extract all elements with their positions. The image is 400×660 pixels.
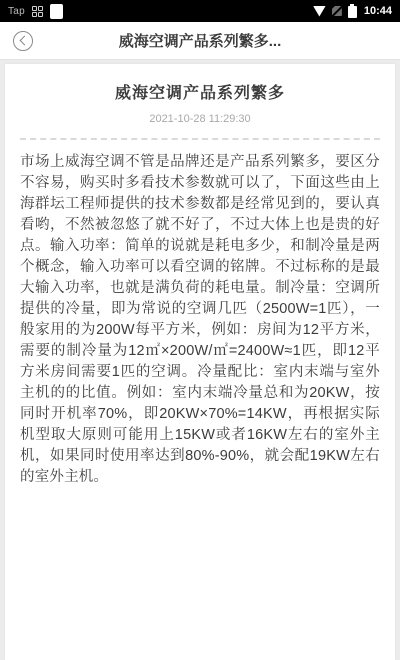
dashed-divider [20,138,380,140]
status-time: 10:44 [364,5,392,17]
no-sim-icon [331,5,343,17]
battery-icon [348,4,357,18]
article-date: 2021-10-28 11:29:30 [20,113,380,125]
grid-icon [32,6,43,17]
wifi-icon [313,6,326,17]
back-button[interactable] [4,22,42,60]
nav-title: 威海空调产品系列繁多... [50,30,350,51]
article-title: 威海空调产品系列繁多 [20,80,380,103]
appbox-icon [50,4,63,19]
back-icon [13,31,33,51]
status-bar-right: 10:44 [313,4,392,18]
carrier-label: Tap [8,6,25,17]
status-bar-left: Tap [8,4,313,19]
status-bar: Tap 10:44 [0,0,400,22]
phone-screen: Tap 10:44 威海空调产品系列繁多... 威海空调产品系列繁多 2021-… [0,0,400,660]
article-card: 威海空调产品系列繁多 2021-10-28 11:29:30 市场上威海空调不管… [5,64,395,660]
nav-bar: 威海空调产品系列繁多... [0,22,400,60]
article-body: 市场上威海空调不管是品牌还是产品系列繁多，要区分不容易，购买时多看技术参数就可以… [20,152,380,488]
